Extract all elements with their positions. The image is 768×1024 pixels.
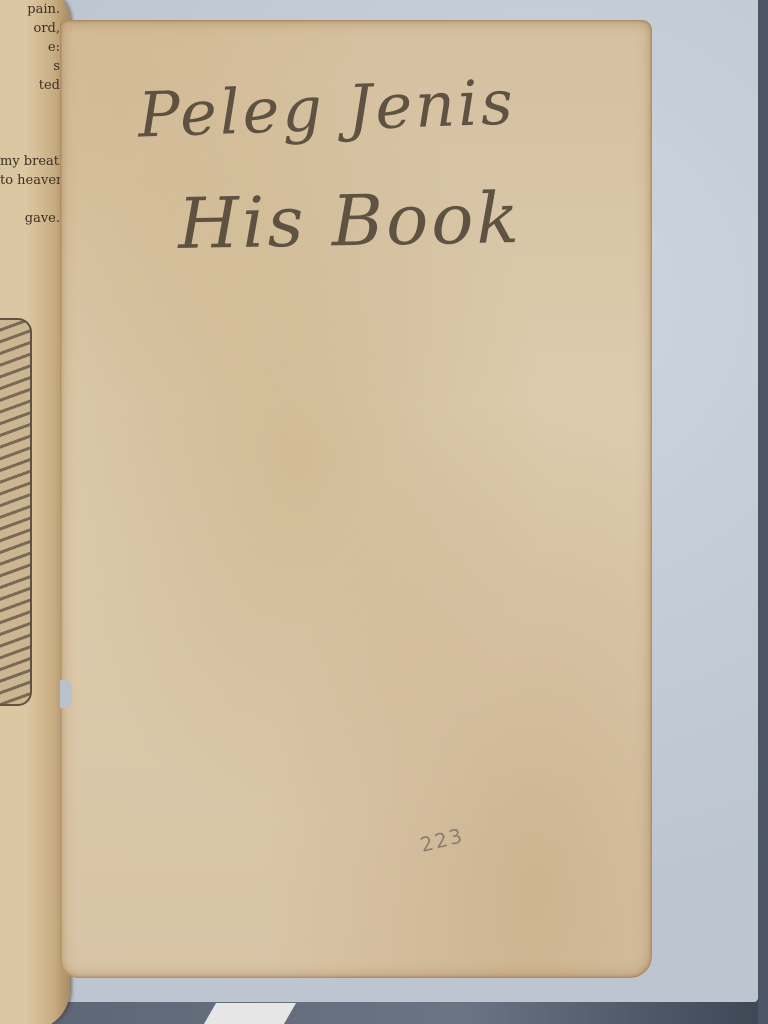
text-line: ted [0,76,60,95]
text-line [0,95,60,114]
background-edge [758,0,768,1024]
left-page-text: pain. ord, e: s ted my breath to heaven,… [0,0,60,228]
text-line [0,190,60,209]
cloth-corner [204,1003,296,1024]
flyleaf-page: Peleg Jenis His Book 223 [60,20,652,978]
text-line: my breath [0,152,60,171]
text-line: e: [0,38,60,57]
woodcut-illustration [0,318,32,706]
text-line: ord, [0,19,60,38]
text-line [0,114,60,133]
text-line: gave. [0,209,60,228]
inscription-name: Peleg Jenis [137,65,517,151]
text-line [0,133,60,152]
text-line: to heaven, [0,171,60,190]
inscription-his-book: His Book [177,177,522,265]
text-line: s [0,57,60,76]
page-tear [60,680,72,708]
pencil-notation: 223 [418,823,467,857]
text-line: pain. [0,0,60,19]
